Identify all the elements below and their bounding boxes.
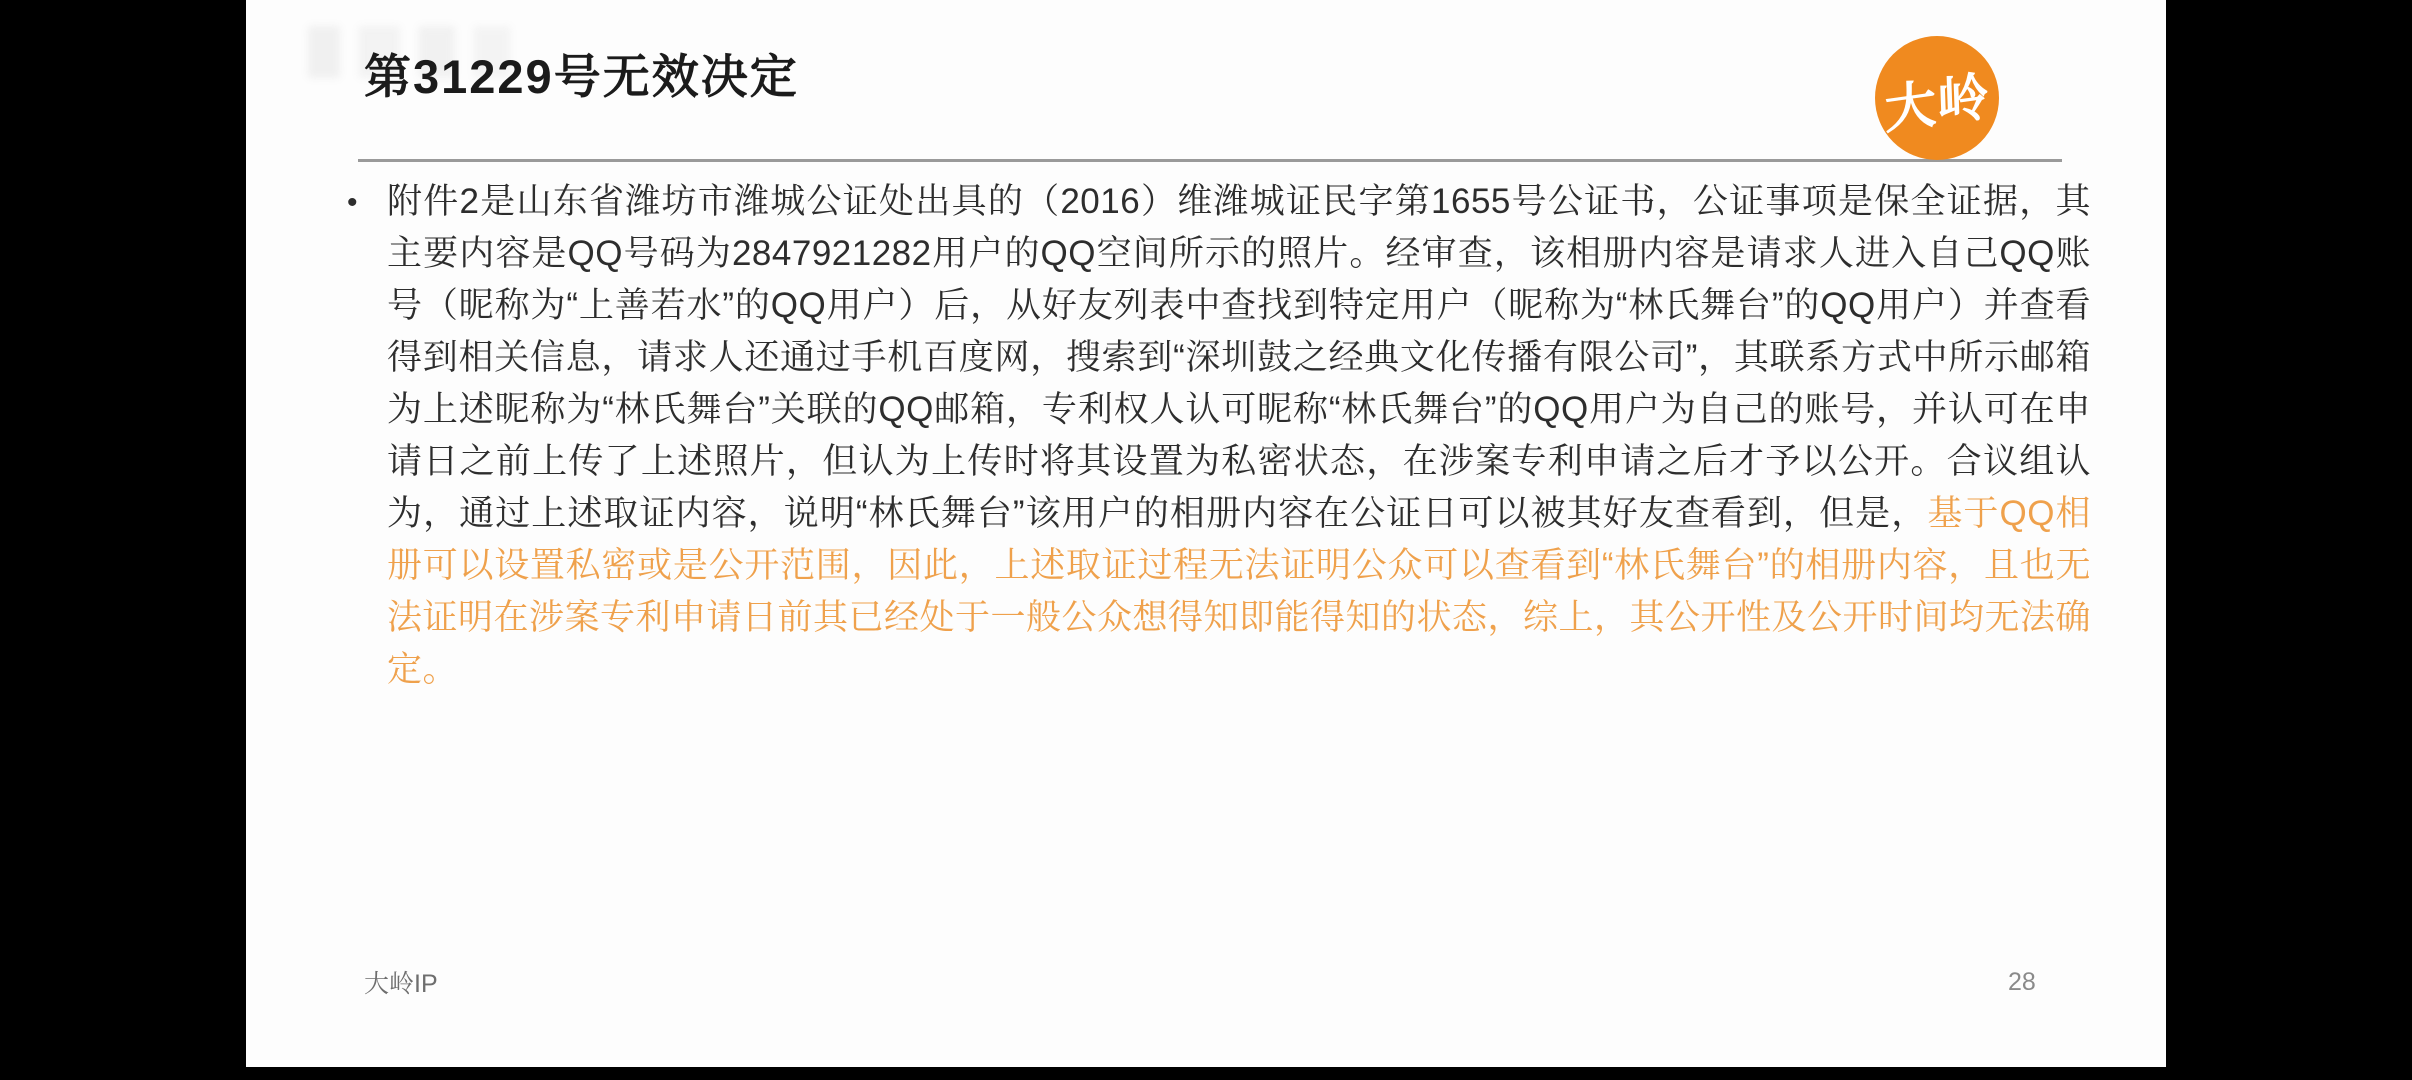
slide-body: •附件2是山东省潍坊市潍城公证处出具的（2016）维潍城证民字第1655号公证书… (345, 176, 2091, 696)
title-divider (358, 159, 2062, 162)
daling-logo-text: 大岭 (1883, 53, 1991, 143)
footer-brand: 大岭IP (364, 964, 438, 1000)
body-paragraph: •附件2是山东省潍坊市潍城公证处出具的（2016）维潍城证民字第1655号公证书… (345, 176, 2091, 696)
presentation-slide: 第31229号无效决定 大岭 •附件2是山东省潍坊市潍城公证处出具的（2016）… (246, 0, 2166, 1067)
body-text-black: 附件2是山东省潍坊市潍城公证处出具的（2016）维潍城证民字第1655号公证书，… (387, 182, 2091, 533)
bullet-marker: • (347, 177, 358, 229)
slide-title: 第31229号无效决定 (364, 40, 799, 107)
daling-logo: 大岭 (1875, 36, 1999, 160)
letterbox-background: 第31229号无效决定 大岭 •附件2是山东省潍坊市潍城公证处出具的（2016）… (0, 0, 2412, 1080)
page-number: 28 (2008, 968, 2036, 997)
